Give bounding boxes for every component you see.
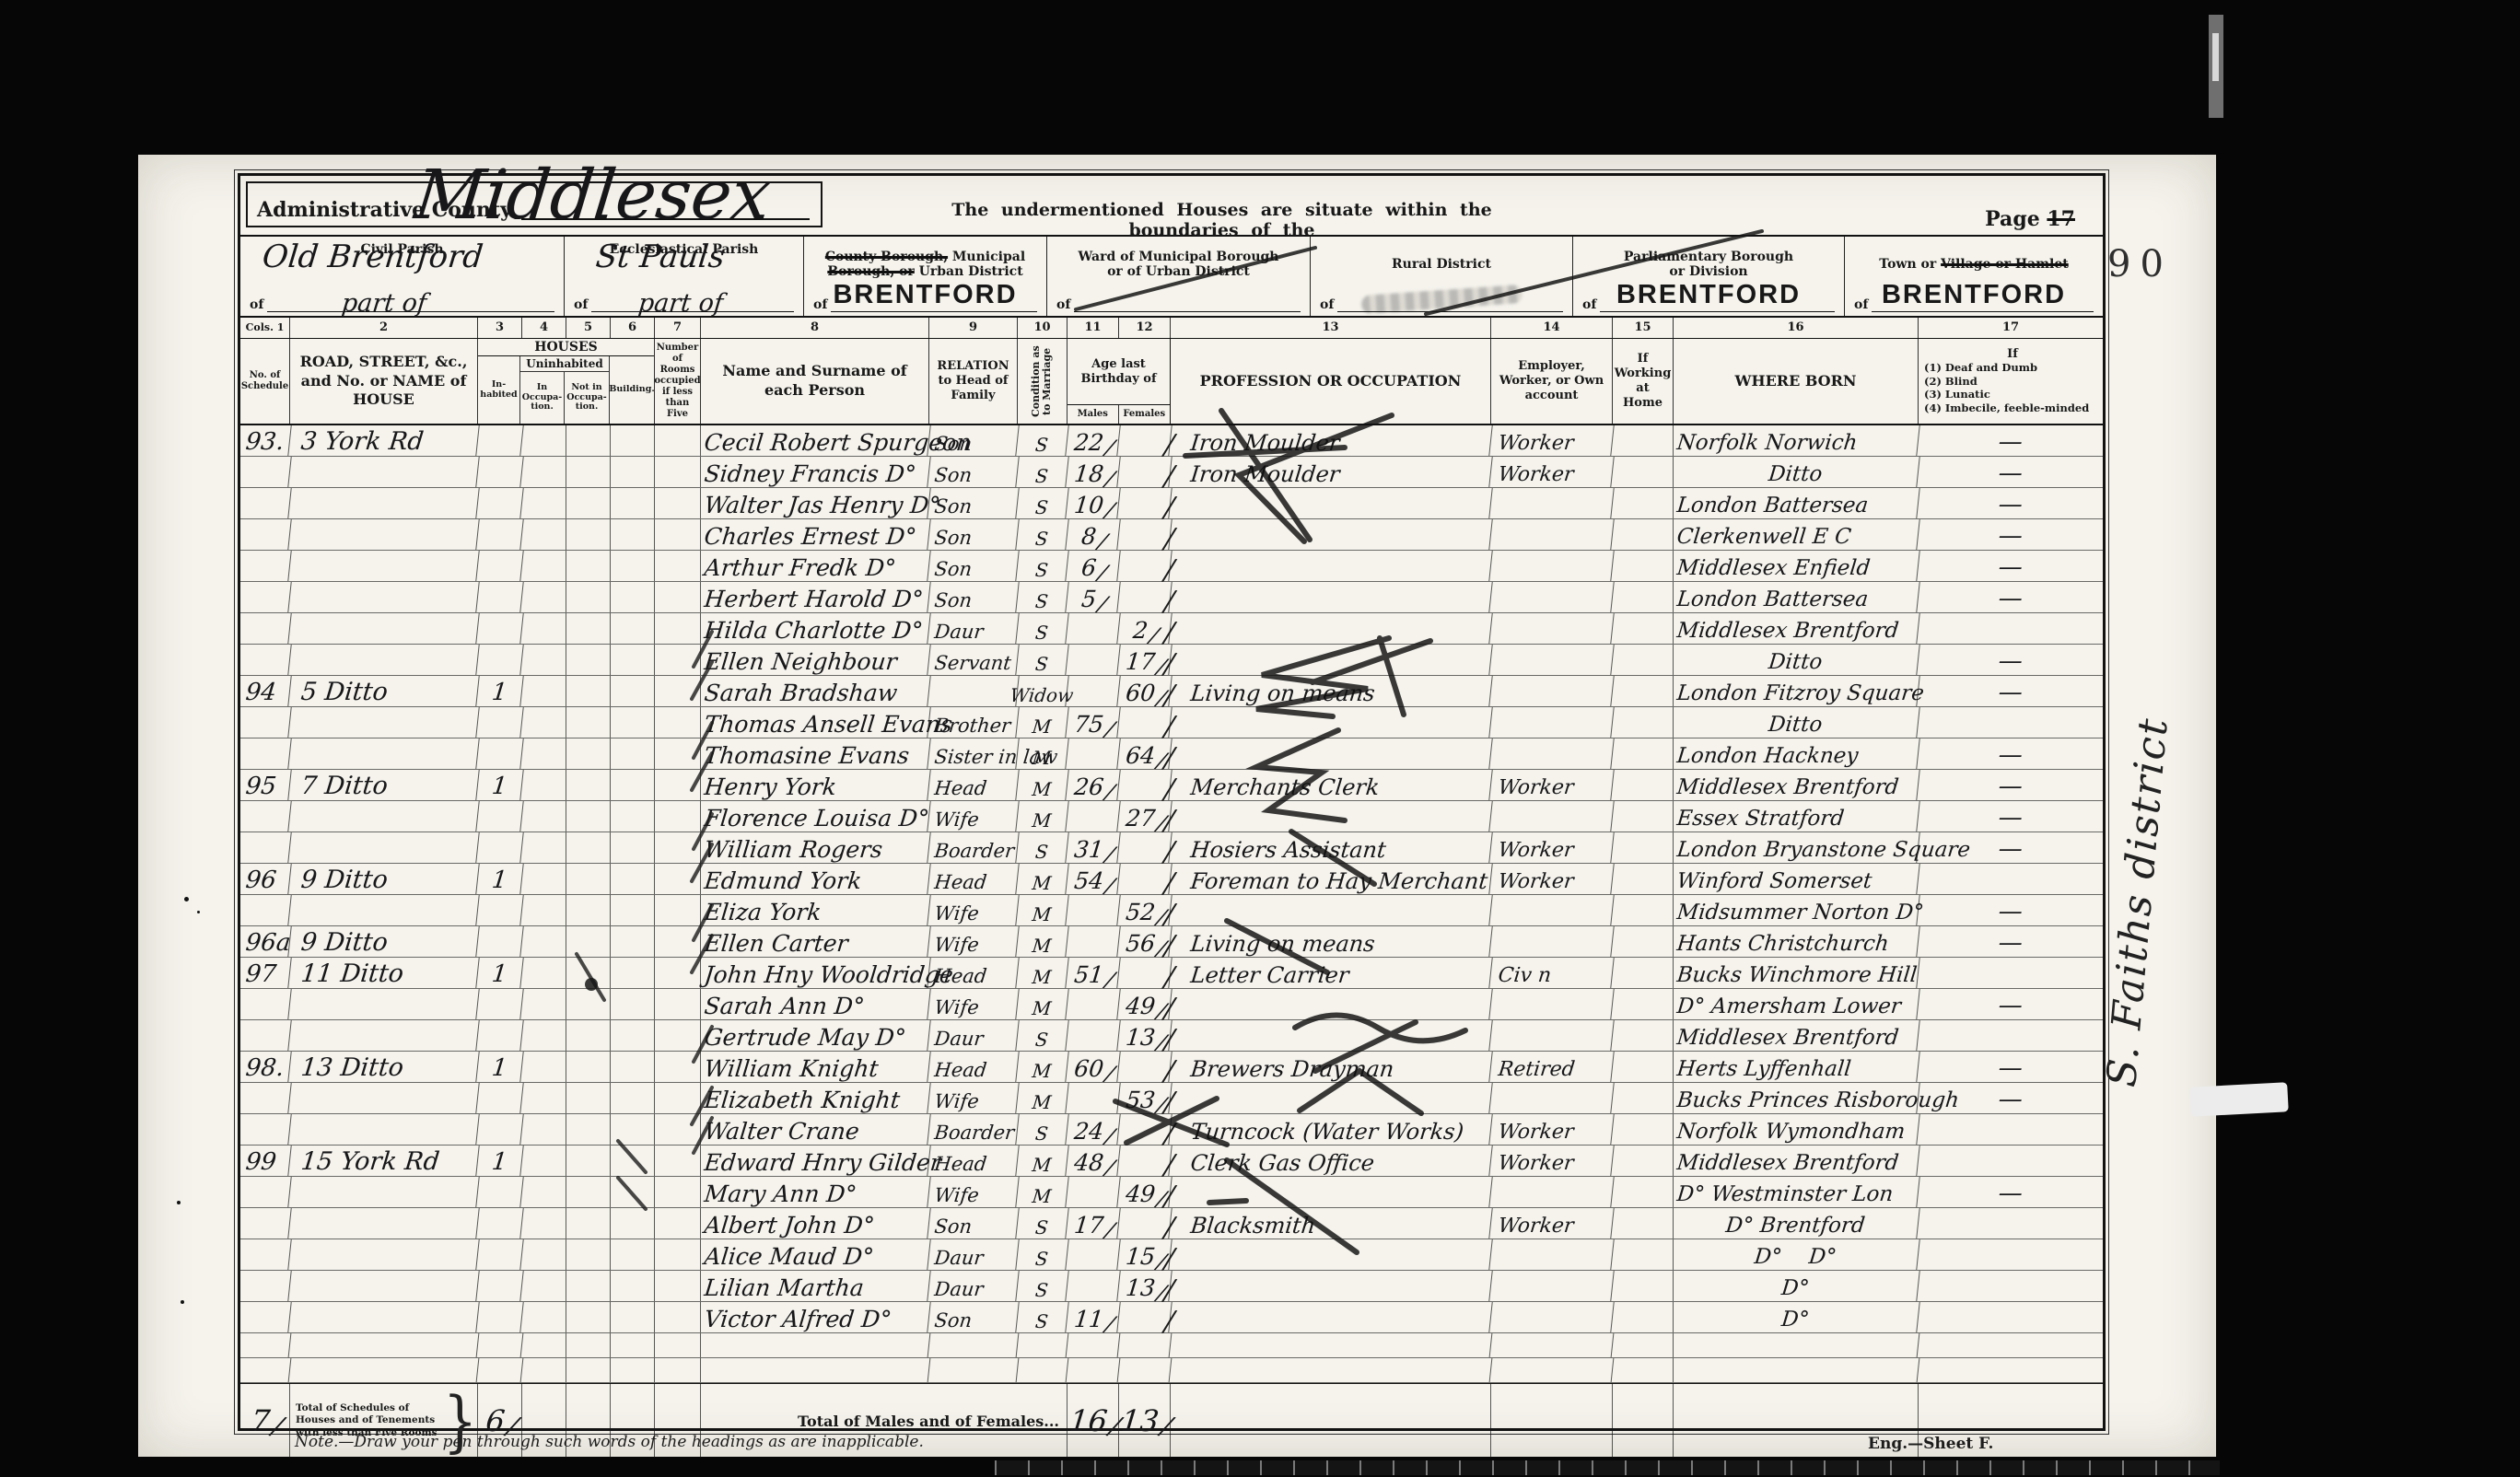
person-name: Walter Crane [699, 1114, 930, 1145]
where-born: Ditto [1672, 707, 1919, 738]
in-occupation-cell [522, 425, 566, 456]
ecclesiastical-parish-section: Ecclesiastical Parish St Pauls part of o… [565, 237, 804, 316]
marriage-condition: S [1016, 1208, 1068, 1239]
not-in-occupation-cell [566, 425, 611, 456]
building-cell [611, 1052, 655, 1082]
header-uninhabited: Uninhabited [520, 356, 609, 372]
col-number: 15 [1613, 318, 1674, 338]
table-row: Albert John D° Son S 17 Blacksmith Worke… [240, 1208, 2103, 1239]
col-number: 9 [929, 318, 1018, 338]
where-born [1673, 1333, 1920, 1357]
col-number: 13 [1171, 318, 1491, 338]
header-rooms: Number of Rooms occupied if less than Fi… [655, 339, 701, 424]
parliamentary-borough-value: BRENTFORD [1573, 280, 1844, 310]
in-occupation-cell [522, 645, 566, 675]
inhabited-mark [476, 707, 523, 738]
house-address: 11 Ditto [288, 958, 479, 988]
schedule-number [239, 1239, 291, 1270]
marriage-condition: S [1016, 551, 1068, 581]
schedule-number [239, 1302, 291, 1332]
marriage-condition: S [1016, 582, 1068, 612]
person-name: Sarah Bradshaw [699, 676, 930, 706]
table-row: Victor Alfred D° Son S 11 D° [240, 1302, 2103, 1333]
ward-label: Ward of Municipal Borough or of Urban Di… [1047, 250, 1310, 279]
table-row: 95 7 Ditto 1 Henry York Head M 26 Mercha… [240, 770, 2103, 801]
occupation [1169, 895, 1492, 925]
person-name: Ellen Carter [699, 926, 930, 957]
where-born: London Hackney [1672, 738, 1919, 769]
person-name: John Hny Wooldridge [699, 958, 930, 988]
age-male [1066, 645, 1120, 675]
schedule-number [239, 1083, 291, 1113]
rooms-cell [655, 1333, 701, 1357]
schedule-number: 95 [239, 770, 291, 800]
inhabited-mark [476, 989, 523, 1019]
infirmity-dash [1917, 958, 2104, 988]
marriage-condition: M [1016, 707, 1068, 738]
col-number: 6 [611, 318, 655, 338]
page-number: Page 17 [1985, 207, 2075, 231]
inhabited-mark [476, 645, 523, 675]
inhabited-mark: 1 [476, 1052, 523, 1082]
header-age-group: Age last Birthday of Males Females [1067, 339, 1171, 424]
infirmity-dash: — [1917, 770, 2104, 800]
infirmity-dash [1917, 707, 2104, 738]
infirmity-dash [1917, 1020, 2104, 1051]
in-occupation-cell [522, 1114, 566, 1145]
person-name: Cecil Robert Spurgeon [699, 425, 930, 456]
employer-status [1489, 1177, 1614, 1207]
employer-status: Worker [1489, 1208, 1614, 1239]
inhabited-mark [476, 582, 523, 612]
relation-to-head: Son [927, 488, 1019, 518]
occupation [1169, 1177, 1492, 1207]
schedule-number [239, 582, 291, 612]
county-borough-label: County Borough, Municipal Borough, or Ur… [804, 250, 1046, 279]
building-cell [611, 989, 655, 1019]
house-address: 9 Ditto [288, 864, 479, 894]
ink-speck [181, 1300, 184, 1304]
col-number: 8 [701, 318, 929, 338]
not-in-occupation-cell [566, 1333, 611, 1357]
header-infirmity: If (1) Deaf and Dumb (2) Blind (3) Lunat… [1919, 339, 2103, 424]
house-address [288, 895, 479, 925]
rooms-cell [655, 676, 701, 706]
age-male: 22 [1066, 425, 1120, 456]
building-cell [611, 832, 655, 863]
where-born: Ditto [1672, 457, 1919, 487]
where-born: D° Brentford [1672, 1208, 1919, 1239]
relation-to-head: Son [927, 519, 1019, 550]
infirmity-dash: — [1917, 519, 2104, 550]
age-male [1067, 1333, 1121, 1357]
table-row [240, 1358, 2103, 1383]
rooms-cell [655, 1302, 701, 1332]
working-at-home-cell [1613, 832, 1674, 863]
employer-status [1489, 1302, 1614, 1332]
in-occupation-cell [522, 1271, 566, 1301]
rooms-cell [655, 1208, 701, 1239]
inhabited-mark [476, 1302, 523, 1332]
table-row: Florence Louisa D° Wife M 27 Essex Strat… [240, 801, 2103, 832]
inhabited-mark [476, 1114, 523, 1145]
building-cell [611, 801, 655, 832]
inhabited-mark: 1 [476, 864, 523, 894]
rooms-cell [655, 613, 701, 644]
marriage-condition: S [1016, 425, 1068, 456]
occupation [1169, 1302, 1492, 1332]
scan-artifact-streak-core [2212, 33, 2219, 81]
county-borough-value: BRENTFORD [804, 280, 1046, 310]
employer-status: Worker [1489, 1114, 1614, 1145]
rooms-cell [655, 989, 701, 1019]
house-address [288, 1020, 479, 1051]
table-row: 96a 9 Ditto Ellen Carter Wife M 56 Livin… [240, 926, 2103, 958]
marriage-condition: S [1016, 488, 1068, 518]
in-occupation-cell [522, 519, 566, 550]
header-uninhabited-group: Uninhabited In Occupa-tion. Not in Occup… [520, 356, 610, 424]
col-number: 4 [522, 318, 566, 338]
infirmity-dash: — [1917, 645, 2104, 675]
marriage-condition: M [1016, 958, 1068, 988]
employer-status [1489, 801, 1614, 832]
person-name: Herbert Harold D° [699, 582, 930, 612]
marriage-condition: M [1016, 926, 1068, 957]
rooms-cell [655, 926, 701, 957]
table-row: Lilian Martha Daur S 13 D° [240, 1271, 2103, 1302]
building-cell [611, 551, 655, 581]
infirmity-dash: — [1917, 457, 2104, 487]
working-at-home-cell [1613, 488, 1674, 518]
occupation [1169, 582, 1492, 612]
infirmity-dash: — [1917, 551, 2104, 581]
relation-to-head: Daur [927, 1020, 1019, 1051]
age-male: 5 [1066, 582, 1120, 612]
occupation [1169, 1271, 1492, 1301]
age-male [1066, 1177, 1120, 1207]
working-at-home-cell [1613, 1020, 1674, 1051]
working-at-home-cell [1613, 1052, 1674, 1082]
col-number: Cols. 1 [240, 318, 290, 338]
working-at-home-cell [1613, 958, 1674, 988]
not-in-occupation-cell [566, 551, 611, 581]
employer-status [1489, 551, 1614, 581]
schedule-number [239, 707, 291, 738]
relation-to-head: Brother [927, 707, 1019, 738]
inhabited-mark: 1 [476, 1146, 523, 1176]
working-at-home-cell [1613, 1146, 1674, 1176]
table-row [240, 1333, 2103, 1358]
working-at-home-cell [1613, 989, 1674, 1019]
table-row: Gertrude May D° Daur S 13 Middlesex Bren… [240, 1020, 2103, 1052]
occupation [1169, 707, 1492, 738]
rooms-cell [655, 1177, 701, 1207]
marriage-condition: S [1016, 1302, 1068, 1332]
house-address: 7 Ditto [288, 770, 479, 800]
inhabited-mark [476, 457, 523, 487]
building-cell [611, 864, 655, 894]
scan-artifact-white-mark [2189, 1082, 2289, 1117]
rooms-cell [655, 707, 701, 738]
employer-status [1490, 1333, 1615, 1357]
inhabited-mark [476, 1083, 523, 1113]
where-born: Clerkenwell E C [1672, 519, 1919, 550]
parliamentary-borough-label: Parliamentary Borough or Division [1573, 250, 1844, 279]
relation-to-head: Wife [927, 1083, 1019, 1113]
house-address [288, 1083, 479, 1113]
relation-to-head: Son [927, 551, 1019, 581]
not-in-occupation-cell [566, 1114, 611, 1145]
rooms-cell [655, 519, 701, 550]
age-female [1118, 1333, 1172, 1357]
header-age: Age last Birthday of [1067, 339, 1170, 404]
col-number: 16 [1674, 318, 1919, 338]
building-cell [611, 645, 655, 675]
age-male [1066, 1271, 1120, 1301]
building-cell [611, 1333, 655, 1357]
working-at-home-cell [1613, 613, 1674, 644]
schedule-number [239, 832, 291, 863]
working-at-home-cell [1613, 676, 1674, 706]
table-row: 99 15 York Rd 1 Edward Hnry Gilder Head … [240, 1146, 2103, 1177]
employer-status [1489, 1083, 1614, 1113]
building-cell [611, 958, 655, 988]
marriage-condition: S [1016, 1114, 1068, 1145]
ecclesiastical-parish-value2: part of [636, 289, 724, 318]
schedule-number [239, 1271, 291, 1301]
age-male [1066, 1239, 1120, 1270]
age-male [1066, 1083, 1120, 1113]
person-name: Elizabeth Knight [699, 1083, 930, 1113]
person-name: Thomas Ansell Evans [699, 707, 930, 738]
relation-to-head: Wife [927, 801, 1019, 832]
infirmity-dash: — [1917, 895, 2104, 925]
in-occupation-cell [522, 707, 566, 738]
column-numbers: Cols. 1 2 3 4 5 6 7 8 9 10 11 12 13 14 1… [240, 318, 2103, 339]
employer-status: Worker [1489, 425, 1614, 456]
header-houses: HOUSES [478, 339, 654, 356]
relation-to-head: Head [927, 770, 1019, 800]
building-cell [611, 1358, 655, 1382]
of-label: of [250, 297, 263, 312]
inhabited-mark [477, 1358, 524, 1382]
working-at-home-cell [1613, 770, 1674, 800]
of-label: of [1056, 297, 1070, 312]
table-row: 94 5 Ditto 1 Sarah Bradshaw Widow 60 Liv… [240, 676, 2103, 707]
infirmity-dash [1917, 864, 2104, 894]
infirmity-dash: — [1917, 738, 2104, 769]
relation-to-head: Wife [927, 1177, 1019, 1207]
where-born: Essex Stratford [1672, 801, 1919, 832]
in-occupation-cell [522, 895, 566, 925]
employer-status [1489, 1271, 1614, 1301]
building-cell [611, 582, 655, 612]
house-address: 5 Ditto [288, 676, 479, 706]
total-males: 16 [1066, 1403, 1120, 1438]
table-row: Eliza York Wife M 52 Midsummer Norton D°… [240, 895, 2103, 926]
building-cell [611, 676, 655, 706]
col-number: 3 [478, 318, 522, 338]
rooms-cell [655, 1083, 701, 1113]
working-at-home-cell [1613, 864, 1674, 894]
header-road-street: ROAD, STREET, &c., and No. or NAME of HO… [290, 339, 478, 424]
occupation: Turncock (Water Works) [1169, 1114, 1492, 1145]
employer-status [1489, 1239, 1614, 1270]
person-name: Thomasine Evans [699, 738, 930, 769]
occupation [1169, 613, 1492, 644]
where-born: Midsummer Norton D° [1672, 895, 1919, 925]
person-name: Ellen Neighbour [699, 645, 930, 675]
person-name: Edward Hnry Gilder [699, 1146, 930, 1176]
rooms-cell [655, 1358, 701, 1382]
building-cell [611, 1177, 655, 1207]
rooms-cell [655, 457, 701, 487]
infirmity-dash [1918, 1333, 2105, 1357]
admin-band: Administrative County Middlesex The unde… [240, 176, 2103, 237]
col-number: 5 [566, 318, 611, 338]
where-born: D° D° [1672, 1239, 1919, 1270]
working-at-home-cell [1613, 738, 1674, 769]
marriage-condition: S [1016, 645, 1068, 675]
not-in-occupation-cell [566, 488, 611, 518]
rooms-cell [655, 864, 701, 894]
not-in-occupation-cell [566, 1177, 611, 1207]
schedule-number [239, 1333, 292, 1357]
employer-status: Worker [1489, 832, 1614, 863]
occupation: Living on means [1169, 926, 1492, 957]
footer-note: Note.—Draw your pen through such words o… [295, 1433, 924, 1451]
table-row: Thomasine Evans Sister in law M 64 Londo… [240, 738, 2103, 770]
where-born: Norfolk Wymondham [1672, 1114, 1919, 1145]
header-working-at-home: If Working at Home [1613, 339, 1674, 424]
relation-to-head: Head [927, 958, 1019, 988]
employer-status [1490, 1358, 1615, 1382]
age-male [1066, 801, 1120, 832]
age-male: 60 [1066, 1052, 1120, 1082]
age-male: 18 [1066, 457, 1120, 487]
rooms-cell [655, 738, 701, 769]
table-row: Walter Crane Boarder S 24 Turncock (Wate… [240, 1114, 2103, 1146]
schedule-number [239, 989, 291, 1019]
relation-to-head [928, 1333, 1020, 1357]
not-in-occupation-cell [566, 1302, 611, 1332]
working-at-home-cell [1613, 1114, 1674, 1145]
person-name: Arthur Fredk D° [699, 551, 930, 581]
where-born: London Fitzroy Square [1672, 676, 1919, 706]
where-born: Hants Christchurch [1672, 926, 1919, 957]
in-occupation-cell [522, 801, 566, 832]
header-where-born: WHERE BORN [1674, 339, 1919, 424]
in-occupation-cell [522, 1333, 566, 1357]
scan-background: Administrative County Middlesex The unde… [0, 0, 2520, 1477]
occupation [1169, 551, 1492, 581]
stamp-90: 90 [2107, 243, 2173, 285]
table-row: Sidney Francis D° Son S 18 Iron Moulder … [240, 457, 2103, 488]
table-row: Charles Ernest D° Son S 8 Clerkenwell E … [240, 519, 2103, 551]
where-born: London Battersea [1672, 488, 1919, 518]
working-at-home-cell [1613, 645, 1674, 675]
rooms-cell [655, 958, 701, 988]
census-sheet: Administrative County Middlesex The unde… [138, 155, 2216, 1457]
inhabited-mark [476, 488, 523, 518]
occupation: Letter Carrier [1169, 958, 1492, 988]
person-name [700, 1333, 931, 1357]
age-male: 17 [1066, 1208, 1120, 1239]
rooms-cell [655, 1146, 701, 1176]
col-number: 2 [290, 318, 478, 338]
working-at-home-cell [1613, 551, 1674, 581]
occupation [1169, 519, 1492, 550]
admin-county-value: Middlesex [412, 161, 774, 229]
age-male: 54 [1066, 864, 1120, 894]
col-number: 12 [1119, 318, 1171, 338]
age-male [1066, 676, 1120, 706]
in-occupation-cell [522, 582, 566, 612]
building-cell [611, 519, 655, 550]
inhabited-mark [476, 1239, 523, 1270]
relation-to-head: Daur [927, 1239, 1019, 1270]
in-occupation-cell [522, 1358, 566, 1382]
in-occupation-cell [522, 989, 566, 1019]
relation-to-head: Head [927, 1052, 1019, 1082]
rooms-cell [655, 1114, 701, 1145]
rooms-cell [655, 895, 701, 925]
person-name [700, 1358, 931, 1382]
table-row: 96 9 Ditto 1 Edmund York Head M 54 Forem… [240, 864, 2103, 895]
building-cell [611, 895, 655, 925]
in-occupation-cell [522, 926, 566, 957]
building-cell [611, 707, 655, 738]
age-male [1066, 989, 1120, 1019]
person-name: Gertrude May D° [699, 1020, 930, 1051]
not-in-occupation-cell [566, 1239, 611, 1270]
relation-to-head: Daur [927, 1271, 1019, 1301]
occupation [1170, 1358, 1493, 1382]
infirmity-dash [1917, 1146, 2104, 1176]
where-born: Middlesex Brentford [1672, 1020, 1919, 1051]
where-born: D° Amersham Lower [1672, 989, 1919, 1019]
not-in-occupation-cell [566, 707, 611, 738]
house-address [288, 582, 479, 612]
building-cell [611, 613, 655, 644]
marriage-condition: M [1016, 770, 1068, 800]
civil-parish-section: Civil Parish Old Brentford part of of [240, 237, 565, 316]
working-at-home-cell [1613, 895, 1674, 925]
person-name: Albert John D° [699, 1208, 930, 1239]
schedule-number: 99 [239, 1146, 291, 1176]
working-at-home-cell [1613, 457, 1674, 487]
infirmity-dash: — [1917, 801, 2104, 832]
house-address [288, 488, 479, 518]
employer-status: Civ n [1489, 958, 1614, 988]
header-schedule: No. of Schedule [240, 339, 290, 424]
person-name: William Rogers [699, 832, 930, 863]
working-at-home-cell [1613, 1177, 1674, 1207]
working-at-home-cell [1613, 1083, 1674, 1113]
schedule-number [239, 457, 291, 487]
inhabited-mark [476, 1271, 523, 1301]
occupation: Living on means [1169, 676, 1492, 706]
schedule-number [239, 1208, 291, 1239]
not-in-occupation-cell [566, 1271, 611, 1301]
margin-note: S. Faiths district [2098, 516, 2195, 1088]
house-address [288, 645, 479, 675]
house-address [289, 1358, 480, 1382]
header-in-occupation: In Occupa-tion. [520, 372, 565, 424]
infirmity-dash [1917, 1302, 2104, 1332]
inhabited-mark [476, 519, 523, 550]
header-males: Males [1067, 405, 1119, 424]
